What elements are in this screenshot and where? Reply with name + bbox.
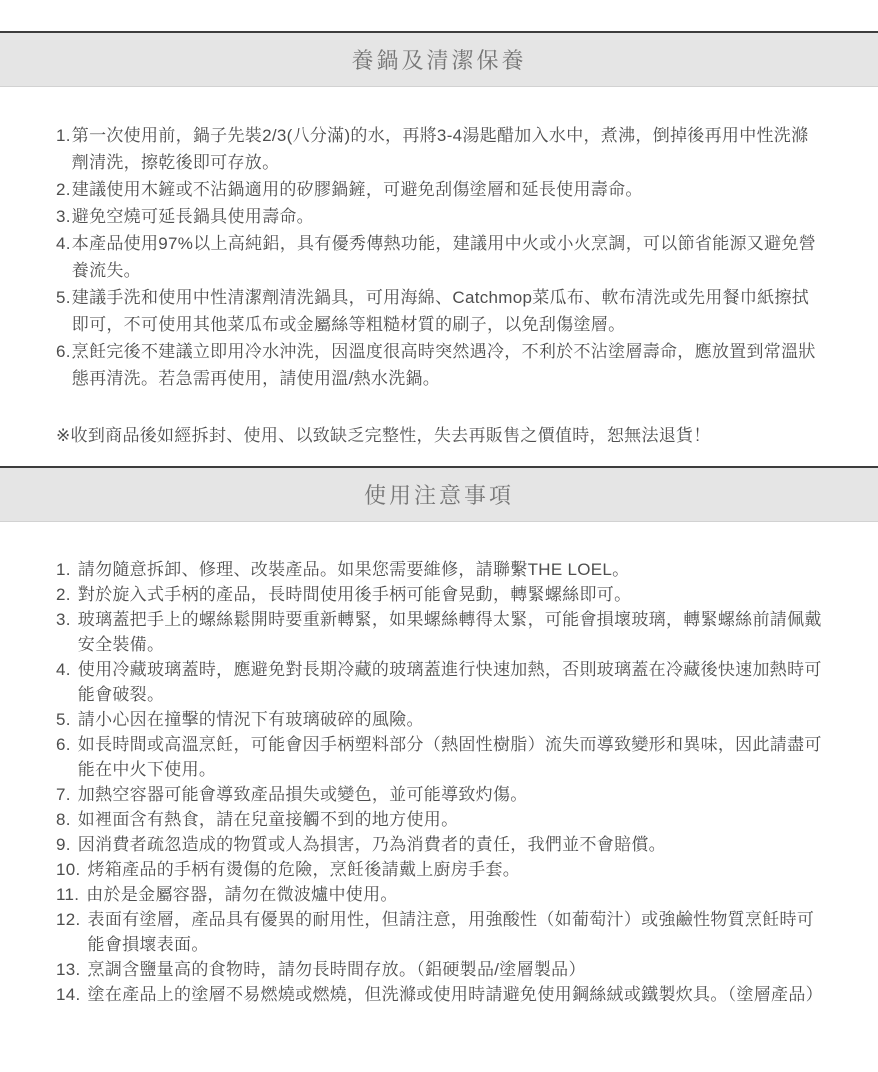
list-item: 10. 烤箱產品的手柄有燙傷的危險，烹飪後請戴上廚房手套。 <box>56 857 822 882</box>
list-item-text: 烹飪完後不建議立即用冷水沖洗，因溫度很高時突然遇冷，不利於不沾塗層壽命，應放置到… <box>72 338 822 392</box>
list-item-number: 4. <box>56 657 71 682</box>
list-item: 13. 烹調含鹽量高的食物時，請勿長時間存放。（鋁硬製品/塗層製品） <box>56 957 822 982</box>
list-item-text: 烹調含鹽量高的食物時，請勿長時間存放。（鋁硬製品/塗層製品） <box>88 957 822 982</box>
list-item: 8. 如裡面含有熱食，請在兒童接觸不到的地方使用。 <box>56 807 822 832</box>
list-item-number: 2. <box>56 582 71 607</box>
list-item-number: 13. <box>56 957 81 982</box>
list-item-text: 第一次使用前，鍋子先裝2/3(八分滿)的水，再將3-4湯匙醋加入水中，煮沸，倒掉… <box>72 122 822 176</box>
list-item-text: 加熱空容器可能會導致產品損失或變色，並可能導致灼傷。 <box>78 782 822 807</box>
list-item: 2. 對於旋入式手柄的產品，長時間使用後手柄可能會晃動，轉緊螺絲即可。 <box>56 582 822 607</box>
list-item: 4. 本產品使用97%以上高純鋁，具有優秀傳熱功能，建議用中火或小火烹調，可以節… <box>56 230 822 284</box>
list-item-text: 玻璃蓋把手上的螺絲鬆開時要重新轉緊，如果螺絲轉得太緊，可能會損壞玻璃，轉緊螺絲前… <box>78 607 822 657</box>
list-item-number: 5. <box>56 707 71 732</box>
list-item-number: 7. <box>56 782 71 807</box>
list-item-number: 14. <box>56 982 81 1007</box>
list-item-number: 2. <box>56 176 71 203</box>
list-item-number: 3. <box>56 607 71 632</box>
list-item-number: 11. <box>56 882 79 907</box>
no-return-notice: ※收到商品後如經拆封、使用、以致缺乏完整性，失去再販售之價值時，恕無法退貨！ <box>56 422 822 449</box>
section-title-care: 養鍋及清潔保養 <box>351 44 526 75</box>
list-item-text: 表面有塗層，產品具有優異的耐用性，但請注意，用強酸性（如葡萄汁）或強鹼性物質烹飪… <box>88 907 822 957</box>
list-item: 6. 如長時間或高溫烹飪，可能會因手柄塑料部分（熱固性樹脂）流失而導致變形和異味… <box>56 732 822 782</box>
list-item-text: 塗在產品上的塗層不易燃燒或燃燒，但洗滌或使用時請避免使用鋼絲絨或鐵製炊具。（塗層… <box>88 982 822 1007</box>
list-item-text: 如裡面含有熱食，請在兒童接觸不到的地方使用。 <box>78 807 822 832</box>
list-item-text: 請小心因在撞擊的情況下有玻璃破碎的風險。 <box>78 707 822 732</box>
section-title-usage: 使用注意事項 <box>364 479 514 510</box>
list-item-text: 請勿隨意拆卸、修理、改裝產品。如果您需要維修，請聯繫THE LOEL。 <box>78 557 822 582</box>
list-item-text: 對於旋入式手柄的產品，長時間使用後手柄可能會晃動，轉緊螺絲即可。 <box>78 582 822 607</box>
list-item-text: 由於是金屬容器，請勿在微波爐中使用。 <box>86 882 822 907</box>
list-item: 14. 塗在產品上的塗層不易燃燒或燃燒，但洗滌或使用時請避免使用鋼絲絨或鐵製炊具… <box>56 982 822 1007</box>
usage-list: 1. 請勿隨意拆卸、修理、改裝產品。如果您需要維修，請聯繫THE LOEL。 2… <box>56 557 822 1007</box>
list-item: 3. 避免空燒可延長鍋具使用壽命。 <box>56 203 822 230</box>
list-item-number: 1. <box>56 122 71 149</box>
list-item: 1. 請勿隨意拆卸、修理、改裝產品。如果您需要維修，請聯繫THE LOEL。 <box>56 557 822 582</box>
list-item: 1. 第一次使用前，鍋子先裝2/3(八分滿)的水，再將3-4湯匙醋加入水中，煮沸… <box>56 122 822 176</box>
list-item-number: 1. <box>56 557 71 582</box>
list-item: 9. 因消費者疏忽造成的物質或人為損害，乃為消費者的責任，我們並不會賠償。 <box>56 832 822 857</box>
list-item: 12. 表面有塗層，產品具有優異的耐用性，但請注意，用強酸性（如葡萄汁）或強鹼性… <box>56 907 822 957</box>
list-item-number: 8. <box>56 807 71 832</box>
list-item-text: 避免空燒可延長鍋具使用壽命。 <box>72 203 822 230</box>
list-item-text: 本產品使用97%以上高純鋁，具有優秀傳熱功能，建議用中火或小火烹調，可以節省能源… <box>72 230 822 284</box>
care-content: 1. 第一次使用前，鍋子先裝2/3(八分滿)的水，再將3-4湯匙醋加入水中，煮沸… <box>0 122 878 449</box>
care-list: 1. 第一次使用前，鍋子先裝2/3(八分滿)的水，再將3-4湯匙醋加入水中，煮沸… <box>56 122 822 392</box>
list-item: 11. 由於是金屬容器，請勿在微波爐中使用。 <box>56 882 822 907</box>
list-item-text: 建議手洗和使用中性清潔劑清洗鍋具，可用海綿、Catchmop菜瓜布、軟布清洗或先… <box>72 284 822 338</box>
list-item-number: 6. <box>56 338 71 365</box>
section-header-usage: 使用注意事項 <box>0 466 878 522</box>
list-item: 7. 加熱空容器可能會導致產品損失或變色，並可能導致灼傷。 <box>56 782 822 807</box>
list-item-number: 10. <box>56 857 81 882</box>
list-item: 3. 玻璃蓋把手上的螺絲鬆開時要重新轉緊，如果螺絲轉得太緊，可能會損壞玻璃，轉緊… <box>56 607 822 657</box>
list-item: 4. 使用冷藏玻璃蓋時，應避免對長期冷藏的玻璃蓋進行快速加熱，否則玻璃蓋在冷藏後… <box>56 657 822 707</box>
usage-content: 1. 請勿隨意拆卸、修理、改裝產品。如果您需要維修，請聯繫THE LOEL。 2… <box>0 557 878 1007</box>
list-item-text: 使用冷藏玻璃蓋時，應避免對長期冷藏的玻璃蓋進行快速加熱，否則玻璃蓋在冷藏後快速加… <box>78 657 822 707</box>
list-item: 5. 請小心因在撞擊的情況下有玻璃破碎的風險。 <box>56 707 822 732</box>
list-item-text: 建議使用木鏟或不沾鍋適用的矽膠鍋鏟，可避免刮傷塗層和延長使用壽命。 <box>72 176 822 203</box>
list-item-number: 4. <box>56 230 71 257</box>
list-item: 5. 建議手洗和使用中性清潔劑清洗鍋具，可用海綿、Catchmop菜瓜布、軟布清… <box>56 284 822 338</box>
list-item-text: 烤箱產品的手柄有燙傷的危險，烹飪後請戴上廚房手套。 <box>88 857 822 882</box>
list-item-number: 5. <box>56 284 71 311</box>
product-care-instructions-page: 養鍋及清潔保養 1. 第一次使用前，鍋子先裝2/3(八分滿)的水，再將3-4湯匙… <box>0 0 878 1072</box>
list-item: 2. 建議使用木鏟或不沾鍋適用的矽膠鍋鏟，可避免刮傷塗層和延長使用壽命。 <box>56 176 822 203</box>
list-item-number: 9. <box>56 832 71 857</box>
list-item-text: 如長時間或高溫烹飪，可能會因手柄塑料部分（熱固性樹脂）流失而導致變形和異味，因此… <box>78 732 822 782</box>
list-item-number: 3. <box>56 203 71 230</box>
list-item-number: 6. <box>56 732 71 757</box>
list-item: 6. 烹飪完後不建議立即用冷水沖洗，因溫度很高時突然遇冷，不利於不沾塗層壽命，應… <box>56 338 822 392</box>
section-header-care: 養鍋及清潔保養 <box>0 31 878 87</box>
list-item-text: 因消費者疏忽造成的物質或人為損害，乃為消費者的責任，我們並不會賠償。 <box>78 832 822 857</box>
list-item-number: 12. <box>56 907 81 932</box>
